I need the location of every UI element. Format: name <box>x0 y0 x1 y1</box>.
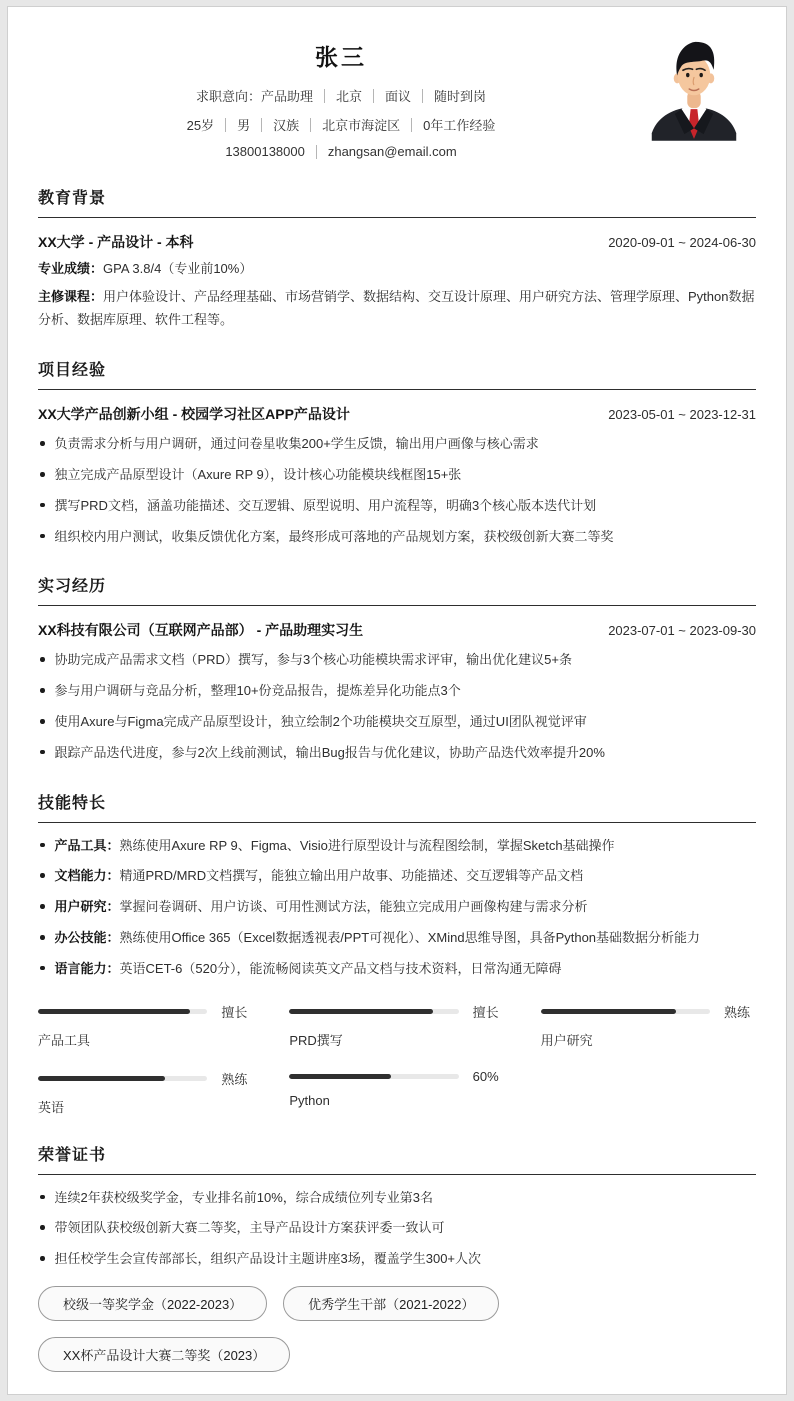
section-title: 项目经验 <box>38 357 756 390</box>
bullet-item: 连续2年获校级奖学金，专业排名前10%，综合成绩位列专业第3名 <box>38 1188 756 1209</box>
skill-bar-track <box>38 1009 207 1014</box>
project-dates: 2023-05-01 ~ 2023-12-31 <box>608 407 756 422</box>
info-segment: 汉族 <box>273 115 299 134</box>
skill-label: 办公技能： <box>55 930 120 945</box>
bullet-item: 跟踪产品迭代进度，参与2次上线前测试，输出Bug报告与优化建议，协助产品迭代效率… <box>38 743 756 764</box>
avatar-photo <box>646 35 742 141</box>
skill-bar-fill <box>38 1009 190 1014</box>
bullet-dot <box>40 843 45 848</box>
bullet-item: 带领团队获校级创新大赛二等奖，主导产品设计方案获评委一致认可 <box>38 1218 756 1239</box>
skill-bar-fill <box>38 1076 165 1081</box>
education-dates: 2020-09-01 ~ 2024-06-30 <box>608 235 756 250</box>
bullet-dot <box>40 534 45 539</box>
info-segment: 25岁 <box>187 115 214 134</box>
bullet-dot <box>40 935 45 940</box>
skill-desc: 英语CET-6（520分），能流畅阅读英文产品文档与技术资料，日常沟通无障碍 <box>120 961 562 976</box>
section-title: 荣誉证书 <box>38 1142 756 1175</box>
bullet-dot <box>40 1225 45 1230</box>
skill-bars-grid: 擅长 产品工具 擅长 PRD撰写 熟练 用户研究 熟练 英语 60% Pytho… <box>38 1002 756 1116</box>
skill-bar-track <box>289 1009 458 1014</box>
project-entry-head: XX大学产品创新小组 - 校园学习社区APP产品设计 2023-05-01 ~ … <box>38 404 756 424</box>
skill-bar-fill <box>289 1009 433 1014</box>
bullet-text: 独立完成产品原型设计（Axure RP 9），设计核心功能模块线框图15+张 <box>55 465 462 486</box>
skill-label: 语言能力： <box>55 961 120 976</box>
company-role: XX科技有限公司（互联网产品部） - 产品助理实习生 <box>38 620 363 640</box>
separator-bar <box>310 118 311 132</box>
bullet-text: 用户研究：掌握问卷调研、用户访谈、可用性测试方法，能独立完成用户画像构建与需求分… <box>55 897 588 918</box>
internship-bullet-list: 协助完成产品需求文档（PRD）撰写，参与3个核心功能模块需求评审，输出优化建议5… <box>38 650 756 763</box>
skill-desc: 熟练使用Axure RP 9、Figma、Visio进行原型设计与流程图绘制，掌… <box>120 838 615 853</box>
detail-text: 用户体验设计、产品经理基础、市场营销学、数据结构、交互设计原理、用户研究方法、管… <box>38 289 755 327</box>
section-title: 实习经历 <box>38 573 756 606</box>
school-degree: XX大学 - 产品设计 - 本科 <box>38 232 194 252</box>
info-segment: 0年工作经验 <box>423 115 495 134</box>
phone-number: 13800138000 <box>225 144 305 159</box>
courses-line: 主修课程：用户体验设计、产品经理基础、市场营销学、数据结构、交互设计原理、用户研… <box>38 286 756 332</box>
info-segment: 面议 <box>385 86 411 105</box>
section-project: 项目经验 XX大学产品创新小组 - 校园学习社区APP产品设计 2023-05-… <box>38 357 756 547</box>
bullet-item: 参与用户调研与竞品分析，整理10+份竞品报告，提炼差异化功能点3个 <box>38 681 756 702</box>
separator-bar <box>324 89 325 103</box>
separator-bar <box>422 89 423 103</box>
bullet-dot <box>40 719 45 724</box>
skill-bar-track <box>38 1076 207 1081</box>
bullet-item: 使用Axure与Figma完成产品原型设计，独立绘制2个功能模块交互原型，通过U… <box>38 712 756 733</box>
bullet-text: 文档能力：精通PRD/MRD文档撰写，能独立输出用户故事、功能描述、交互逻辑等产… <box>55 866 584 887</box>
skill-level-label: 擅长 <box>221 1002 253 1021</box>
skill-bar-name: Python <box>289 1093 504 1108</box>
bullet-text: 办公技能：熟练使用Office 365（Excel数据透视表/PPT可视化）、X… <box>55 928 701 949</box>
bullet-item: 办公技能：熟练使用Office 365（Excel数据透视表/PPT可视化）、X… <box>38 928 756 949</box>
bullet-dot <box>40 1256 45 1261</box>
skills-bullet-list: 产品工具：熟练使用Axure RP 9、Figma、Visio进行原型设计与流程… <box>38 836 756 980</box>
skill-desc: 熟练使用Office 365（Excel数据透视表/PPT可视化）、XMind思… <box>120 930 701 945</box>
info-segment: 随时到岗 <box>434 86 486 105</box>
skill-bar-name: PRD撰写 <box>289 1030 504 1049</box>
header-text-block: 张三 求职意向：产品助理 北京 面议 随时到岗 25岁 男 汉族 北京市海淀区 … <box>38 31 644 159</box>
personal-info-line: 25岁 男 汉族 北京市海淀区 0年工作经验 <box>38 115 644 134</box>
gpa-line: 专业成绩：GPA 3.8/4（专业前10%） <box>38 258 756 281</box>
info-segment: 男 <box>237 115 250 134</box>
bullet-text: 带领团队获校级创新大赛二等奖，主导产品设计方案获评委一致认可 <box>55 1218 445 1239</box>
skill-bar-name: 用户研究 <box>541 1030 756 1049</box>
detail-text: GPA 3.8/4（专业前10%） <box>103 261 252 276</box>
info-segment: 求职意向：产品助理 <box>196 86 313 105</box>
bullet-text: 担任校学生会宣传部部长，组织产品设计主题讲座3场，覆盖学生300+人次 <box>55 1249 482 1270</box>
separator-bar <box>411 118 412 132</box>
project-org-role: XX大学产品创新小组 - 校园学习社区APP产品设计 <box>38 404 350 424</box>
section-honors: 荣誉证书 连续2年获校级奖学金，专业排名前10%，综合成绩位列专业第3名 带领团… <box>38 1142 756 1372</box>
skill-bar-track <box>289 1074 458 1079</box>
skill-bar: 擅长 产品工具 <box>38 1002 253 1049</box>
skill-desc: 精通PRD/MRD文档撰写，能独立输出用户故事、功能描述、交互逻辑等产品文档 <box>120 868 584 883</box>
detail-label: 专业成绩： <box>38 261 103 276</box>
section-title: 技能特长 <box>38 790 756 823</box>
skill-label: 用户研究： <box>55 899 120 914</box>
skill-label: 产品工具： <box>55 838 120 853</box>
bullet-item: 文档能力：精通PRD/MRD文档撰写，能独立输出用户故事、功能描述、交互逻辑等产… <box>38 866 756 887</box>
section-education: 教育背景 XX大学 - 产品设计 - 本科 2020-09-01 ~ 2024-… <box>38 185 756 331</box>
honor-tag: 校级一等奖学金（2022-2023） <box>38 1286 267 1321</box>
bullet-text: 参与用户调研与竞品分析，整理10+份竞品报告，提炼差异化功能点3个 <box>55 681 461 702</box>
bullet-item: 产品工具：熟练使用Axure RP 9、Figma、Visio进行原型设计与流程… <box>38 836 756 857</box>
skill-bar-name: 英语 <box>38 1097 253 1116</box>
separator-bar <box>373 89 374 103</box>
bullet-text: 组织校内用户测试，收集反馈优化方案，最终形成可落地的产品规划方案，获校级创新大赛… <box>55 527 614 548</box>
section-skills: 技能特长 产品工具：熟练使用Axure RP 9、Figma、Visio进行原型… <box>38 790 756 1116</box>
email-address: zhangsan@email.com <box>328 144 457 159</box>
section-title: 教育背景 <box>38 185 756 218</box>
candidate-name: 张三 <box>38 39 644 72</box>
bullet-text: 使用Axure与Figma完成产品原型设计，独立绘制2个功能模块交互原型，通过U… <box>55 712 587 733</box>
bullet-text: 协助完成产品需求文档（PRD）撰写，参与3个核心功能模块需求评审，输出优化建议5… <box>55 650 573 671</box>
separator-bar <box>261 118 262 132</box>
info-segment: 北京 <box>336 86 362 105</box>
bullet-dot <box>40 657 45 662</box>
avatar-illustration <box>646 35 742 141</box>
bullet-dot <box>40 750 45 755</box>
skill-bar-name: 产品工具 <box>38 1030 253 1049</box>
bullet-text: 连续2年获校级奖学金，专业排名前10%，综合成绩位列专业第3名 <box>55 1188 433 1209</box>
detail-label: 主修课程： <box>38 289 103 304</box>
honors-bullet-list: 连续2年获校级奖学金，专业排名前10%，综合成绩位列专业第3名 带领团队获校级创… <box>38 1188 756 1270</box>
skill-bar: 60% Python <box>289 1069 504 1116</box>
bullet-dot <box>40 688 45 693</box>
bullet-text: 产品工具：熟练使用Axure RP 9、Figma、Visio进行原型设计与流程… <box>55 836 615 857</box>
skill-level-label: 熟练 <box>724 1002 756 1021</box>
skill-bar-track <box>541 1009 710 1014</box>
bullet-dot <box>40 904 45 909</box>
honor-tags: 校级一等奖学金（2022-2023） 优秀学生干部（2021-2022） XX杯… <box>38 1286 756 1372</box>
bullet-item: 语言能力：英语CET-6（520分），能流畅阅读英文产品文档与技术资料，日常沟通… <box>38 959 756 980</box>
bullet-text: 跟踪产品迭代进度，参与2次上线前测试，输出Bug报告与优化建议，协助产品迭代效率… <box>55 743 605 764</box>
education-entry-head: XX大学 - 产品设计 - 本科 2020-09-01 ~ 2024-06-30 <box>38 232 756 252</box>
separator-bar <box>316 145 317 159</box>
skill-desc: 掌握问卷调研、用户访谈、可用性测试方法，能独立完成用户画像构建与需求分析 <box>120 899 588 914</box>
skill-level-label: 擅长 <box>473 1002 505 1021</box>
info-segment: 北京市海淀区 <box>322 115 400 134</box>
section-internship: 实习经历 XX科技有限公司（互联网产品部） - 产品助理实习生 2023-07-… <box>38 573 756 763</box>
bullet-item: 用户研究：掌握问卷调研、用户访谈、可用性测试方法，能独立完成用户画像构建与需求分… <box>38 897 756 918</box>
bullet-text: 负责需求分析与用户调研，通过问卷星收集200+学生反馈，输出用户画像与核心需求 <box>55 434 539 455</box>
bullet-item: 担任校学生会宣传部部长，组织产品设计主题讲座3场，覆盖学生300+人次 <box>38 1249 756 1270</box>
skill-label: 文档能力： <box>55 868 120 883</box>
contact-line: 13800138000 zhangsan@email.com <box>38 144 644 159</box>
bullet-item: 组织校内用户测试，收集反馈优化方案，最终形成可落地的产品规划方案，获校级创新大赛… <box>38 527 756 548</box>
honor-tag: 优秀学生干部（2021-2022） <box>283 1286 499 1321</box>
skill-bar: 熟练 英语 <box>38 1069 253 1116</box>
bullet-item: 独立完成产品原型设计（Axure RP 9），设计核心功能模块线框图15+张 <box>38 465 756 486</box>
bullet-item: 撰写PRD文档，涵盖功能描述、交互逻辑、原型说明、用户流程等，明确3个核心版本迭… <box>38 496 756 517</box>
project-bullet-list: 负责需求分析与用户调研，通过问卷星收集200+学生反馈，输出用户画像与核心需求 … <box>38 434 756 547</box>
skill-bar: 熟练 用户研究 <box>541 1002 756 1049</box>
bullet-dot <box>40 503 45 508</box>
internship-dates: 2023-07-01 ~ 2023-09-30 <box>608 623 756 638</box>
honor-tag: XX杯产品设计大赛二等奖（2023） <box>38 1337 290 1372</box>
resume-page: 张三 求职意向：产品助理 北京 面议 随时到岗 25岁 男 汉族 北京市海淀区 … <box>7 6 787 1395</box>
bullet-item: 负责需求分析与用户调研，通过问卷星收集200+学生反馈，输出用户画像与核心需求 <box>38 434 756 455</box>
resume-header: 张三 求职意向：产品助理 北京 面议 随时到岗 25岁 男 汉族 北京市海淀区 … <box>38 31 756 159</box>
bullet-item: 协助完成产品需求文档（PRD）撰写，参与3个核心功能模块需求评审，输出优化建议5… <box>38 650 756 671</box>
bullet-dot <box>40 873 45 878</box>
skill-level-label: 60% <box>473 1069 505 1084</box>
bullet-dot <box>40 472 45 477</box>
bullet-dot <box>40 1195 45 1200</box>
bullet-text: 语言能力：英语CET-6（520分），能流畅阅读英文产品文档与技术资料，日常沟通… <box>55 959 562 980</box>
skill-bar: 擅长 PRD撰写 <box>289 1002 504 1049</box>
skill-bar-fill <box>541 1009 676 1014</box>
bullet-dot <box>40 966 45 971</box>
bullet-text: 撰写PRD文档，涵盖功能描述、交互逻辑、原型说明、用户流程等，明确3个核心版本迭… <box>55 496 597 517</box>
internship-entry-head: XX科技有限公司（互联网产品部） - 产品助理实习生 2023-07-01 ~ … <box>38 620 756 640</box>
separator-bar <box>225 118 226 132</box>
job-intent-line: 求职意向：产品助理 北京 面议 随时到岗 <box>38 86 644 105</box>
skill-bar-fill <box>289 1074 391 1079</box>
skill-level-label: 熟练 <box>221 1069 253 1088</box>
bullet-dot <box>40 441 45 446</box>
